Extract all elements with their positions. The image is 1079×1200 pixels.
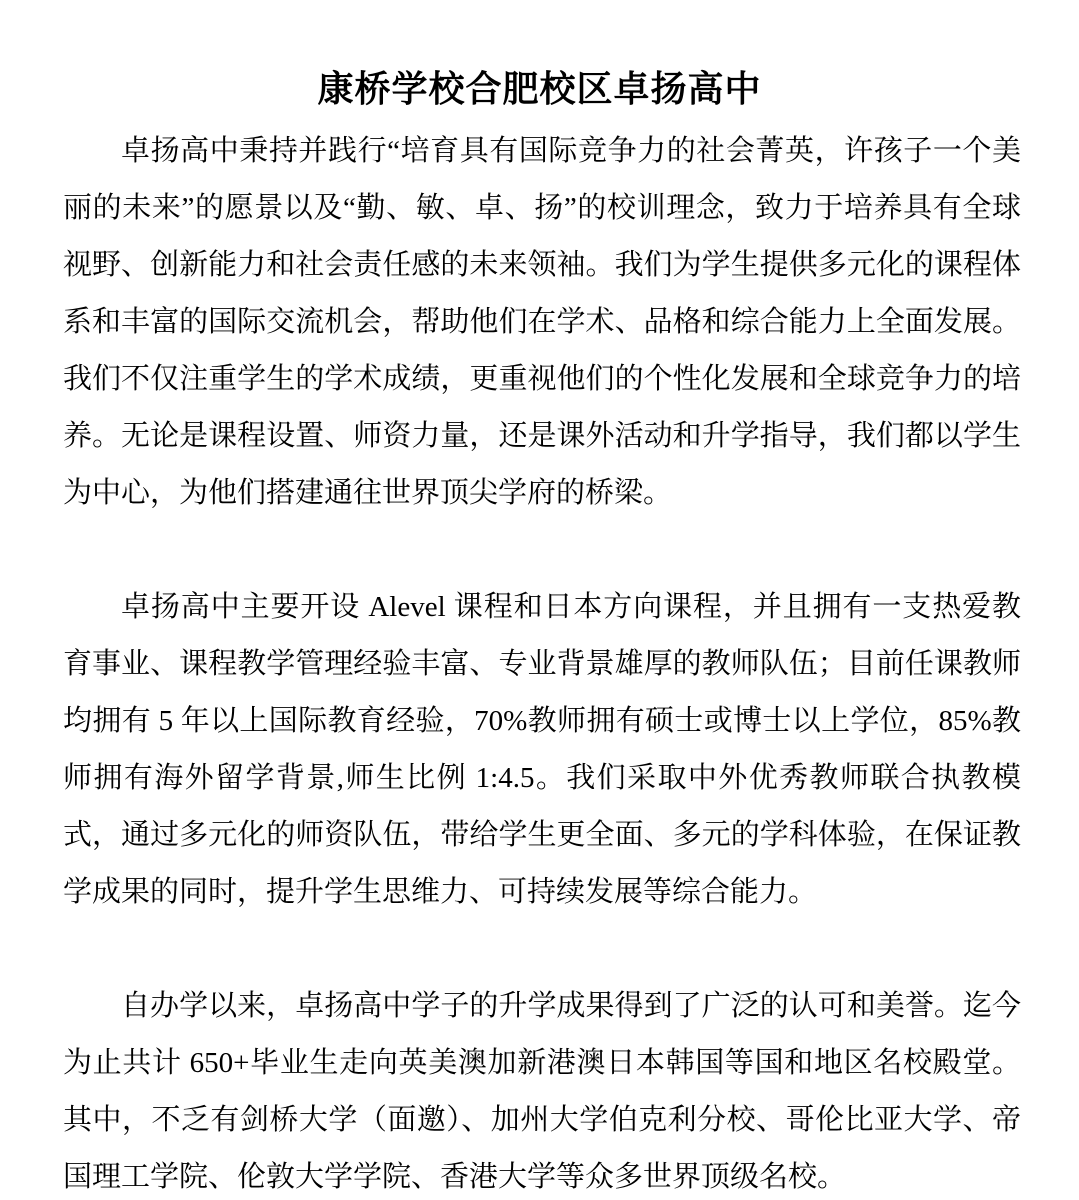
paragraph-vision: 卓扬高中秉持并践行“培育具有国际竞争力的社会菁英，许孩子一个美丽的未来”的愿景以… — [63, 123, 1021, 522]
paragraph-curriculum-faculty: 卓扬高中主要开设 Alevel 课程和日本方向课程，并且拥有一支热爱教育事业、课… — [63, 579, 1021, 921]
document-page: 康桥学校合肥校区卓扬高中 卓扬高中秉持并践行“培育具有国际竞争力的社会菁英，许孩… — [0, 0, 1079, 1200]
document-body: 卓扬高中秉持并践行“培育具有国际竞争力的社会菁英，许孩子一个美丽的未来”的愿景以… — [63, 123, 1021, 1200]
paragraph-admissions-results: 自办学以来，卓扬高中学子的升学成果得到了广泛的认可和美誉。迄今为止共计 650+… — [63, 978, 1021, 1200]
document-title: 康桥学校合肥校区卓扬高中 — [60, 68, 1019, 111]
